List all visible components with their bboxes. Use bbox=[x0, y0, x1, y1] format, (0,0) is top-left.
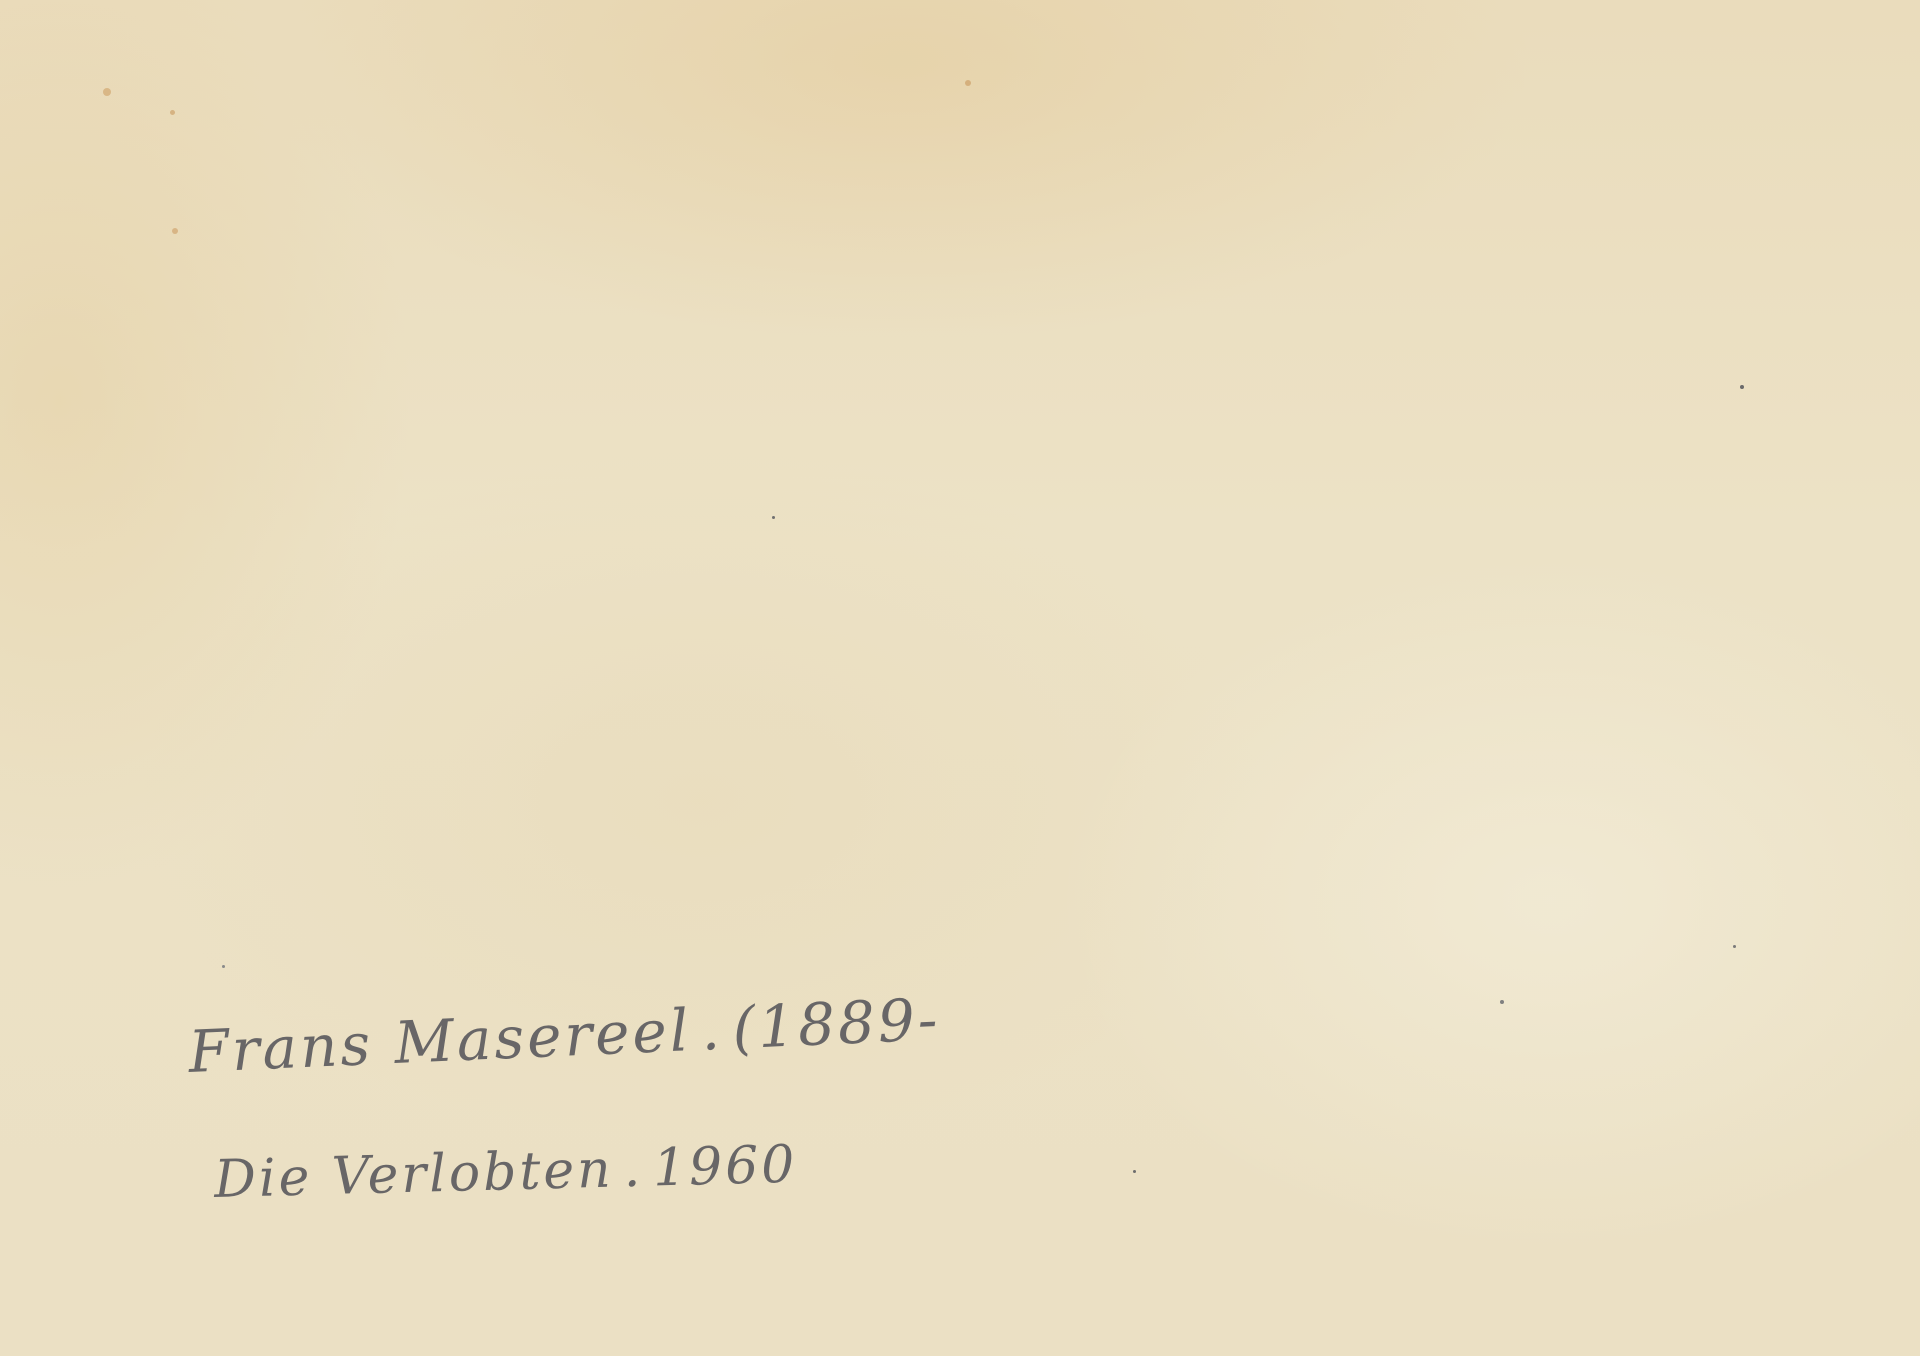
artist-dates: (1889- bbox=[731, 985, 942, 1062]
separator: . bbox=[623, 1139, 644, 1199]
paper-speck bbox=[172, 228, 178, 234]
paper-speck bbox=[222, 965, 225, 968]
paper-speck bbox=[965, 80, 971, 86]
paper-speck bbox=[103, 88, 111, 96]
separator: . bbox=[700, 995, 724, 1064]
paper-speck bbox=[1733, 945, 1736, 948]
paper-speck bbox=[1740, 385, 1744, 389]
paper-speck bbox=[1133, 1170, 1136, 1173]
paper-speck bbox=[772, 516, 775, 519]
artwork-year: 1960 bbox=[652, 1135, 798, 1199]
paper-speck bbox=[170, 110, 175, 115]
paper-speck bbox=[1500, 1000, 1504, 1004]
artwork-title: Die Verlobten bbox=[213, 1140, 614, 1210]
